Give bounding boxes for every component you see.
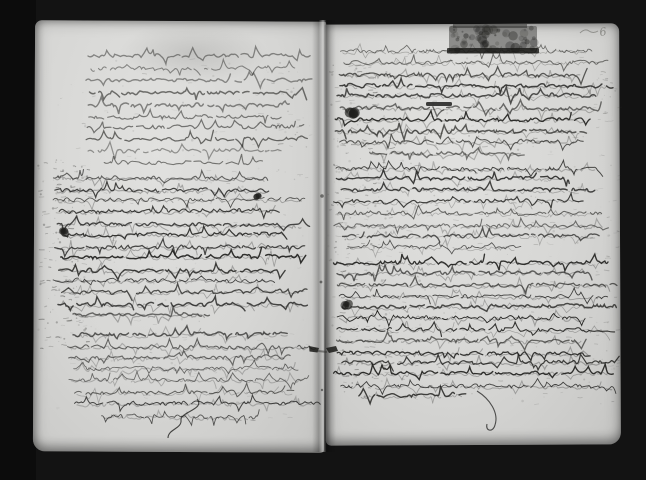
ink-flourishes (168, 391, 496, 438)
binding-stitch (309, 194, 338, 391)
archival-stamp (447, 24, 539, 54)
svg-text:6: 6 (599, 25, 608, 39)
scanned-document: Two-page spread of a bound handwritten r… (0, 0, 646, 480)
show-through-layer (37, 53, 622, 418)
folio-mark: 6 (580, 25, 607, 39)
ink-layer: 6 (0, 0, 646, 480)
